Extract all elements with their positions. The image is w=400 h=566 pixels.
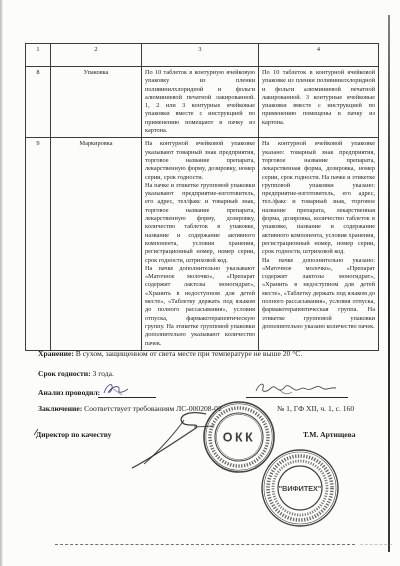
analyst-signature-underline [98, 397, 156, 398]
storage-value: В сухом, защищенном от света месте при т… [74, 349, 302, 358]
checker-signature-underline [246, 397, 348, 398]
row-label: Маркировка [51, 138, 142, 350]
header-col-2: 2 [51, 44, 142, 67]
marking-spec-text: На контурной ячейковой упаковке указываю… [142, 138, 259, 350]
packaging-spec-text: По 10 таблеток в контурную ячейковую упа… [142, 67, 259, 138]
storage-line: Хранение: В сухом, защищенном от света м… [38, 349, 302, 358]
header-col-4: 4 [259, 44, 379, 67]
bottom-dashed-separator-faint [360, 544, 392, 545]
analysis-label: Анализ проводил: [38, 388, 100, 397]
table-header-row: 1 2 3 4 [26, 44, 379, 67]
vifitekh-stamp: "ВИФИТЕХ" [260, 448, 340, 528]
analyst-signature-mark [100, 380, 156, 398]
director-label: Директор по качеству [36, 430, 111, 439]
row-label: Упаковка [51, 67, 142, 138]
table-row-marking: 9 Маркировка На контурной ячейковой упак… [26, 138, 379, 350]
vifitekh-stamp-text: "ВИФИТЕХ" [279, 484, 321, 493]
scan-edge-artifact-left [0, 0, 3, 566]
scanned-document-page: 1 2 3 4 8 Упаковка По 10 таблеток в конт… [0, 0, 400, 566]
analysis-line: Анализ проводил: [38, 388, 100, 397]
shelf-life-line: Срок годности: 3 года. [38, 369, 114, 378]
marking-actual-text: На контурной ячейковой упаковке указано:… [259, 138, 379, 350]
shelf-life-label: Срок годности: [38, 369, 91, 378]
packaging-actual-text: По 10 таблеток в контурной ячейковой упа… [259, 67, 379, 138]
okk-stamp-text: ОКК [223, 431, 255, 445]
director-name: Т.М. Артищева [303, 430, 356, 439]
table-row-packaging: 8 Упаковка По 10 таблеток в контурную яч… [26, 67, 379, 138]
spec-table: 1 2 3 4 8 Упаковка По 10 таблеток в конт… [25, 43, 379, 351]
bottom-dashed-separator [55, 544, 355, 545]
conclusion-value-right: № 1, ГФ XII, ч. 1, с. 160 [277, 404, 354, 413]
conclusion-line: Заключение: Соответствует требованиям ЛС… [38, 404, 222, 413]
conclusion-value-left: Соответствует требованиям ЛС-000208-02 [82, 404, 221, 413]
row-number: 9 [26, 138, 51, 350]
checker-signature-mark [250, 379, 346, 398]
shelf-life-value: 3 года. [91, 369, 114, 378]
row-number: 8 [26, 67, 51, 138]
conclusion-label: Заключение: [38, 404, 82, 413]
header-col-3: 3 [142, 44, 259, 67]
storage-label: Хранение: [38, 349, 74, 358]
scan-line-artifact-right [388, 15, 390, 552]
header-col-1: 1 [26, 44, 51, 67]
